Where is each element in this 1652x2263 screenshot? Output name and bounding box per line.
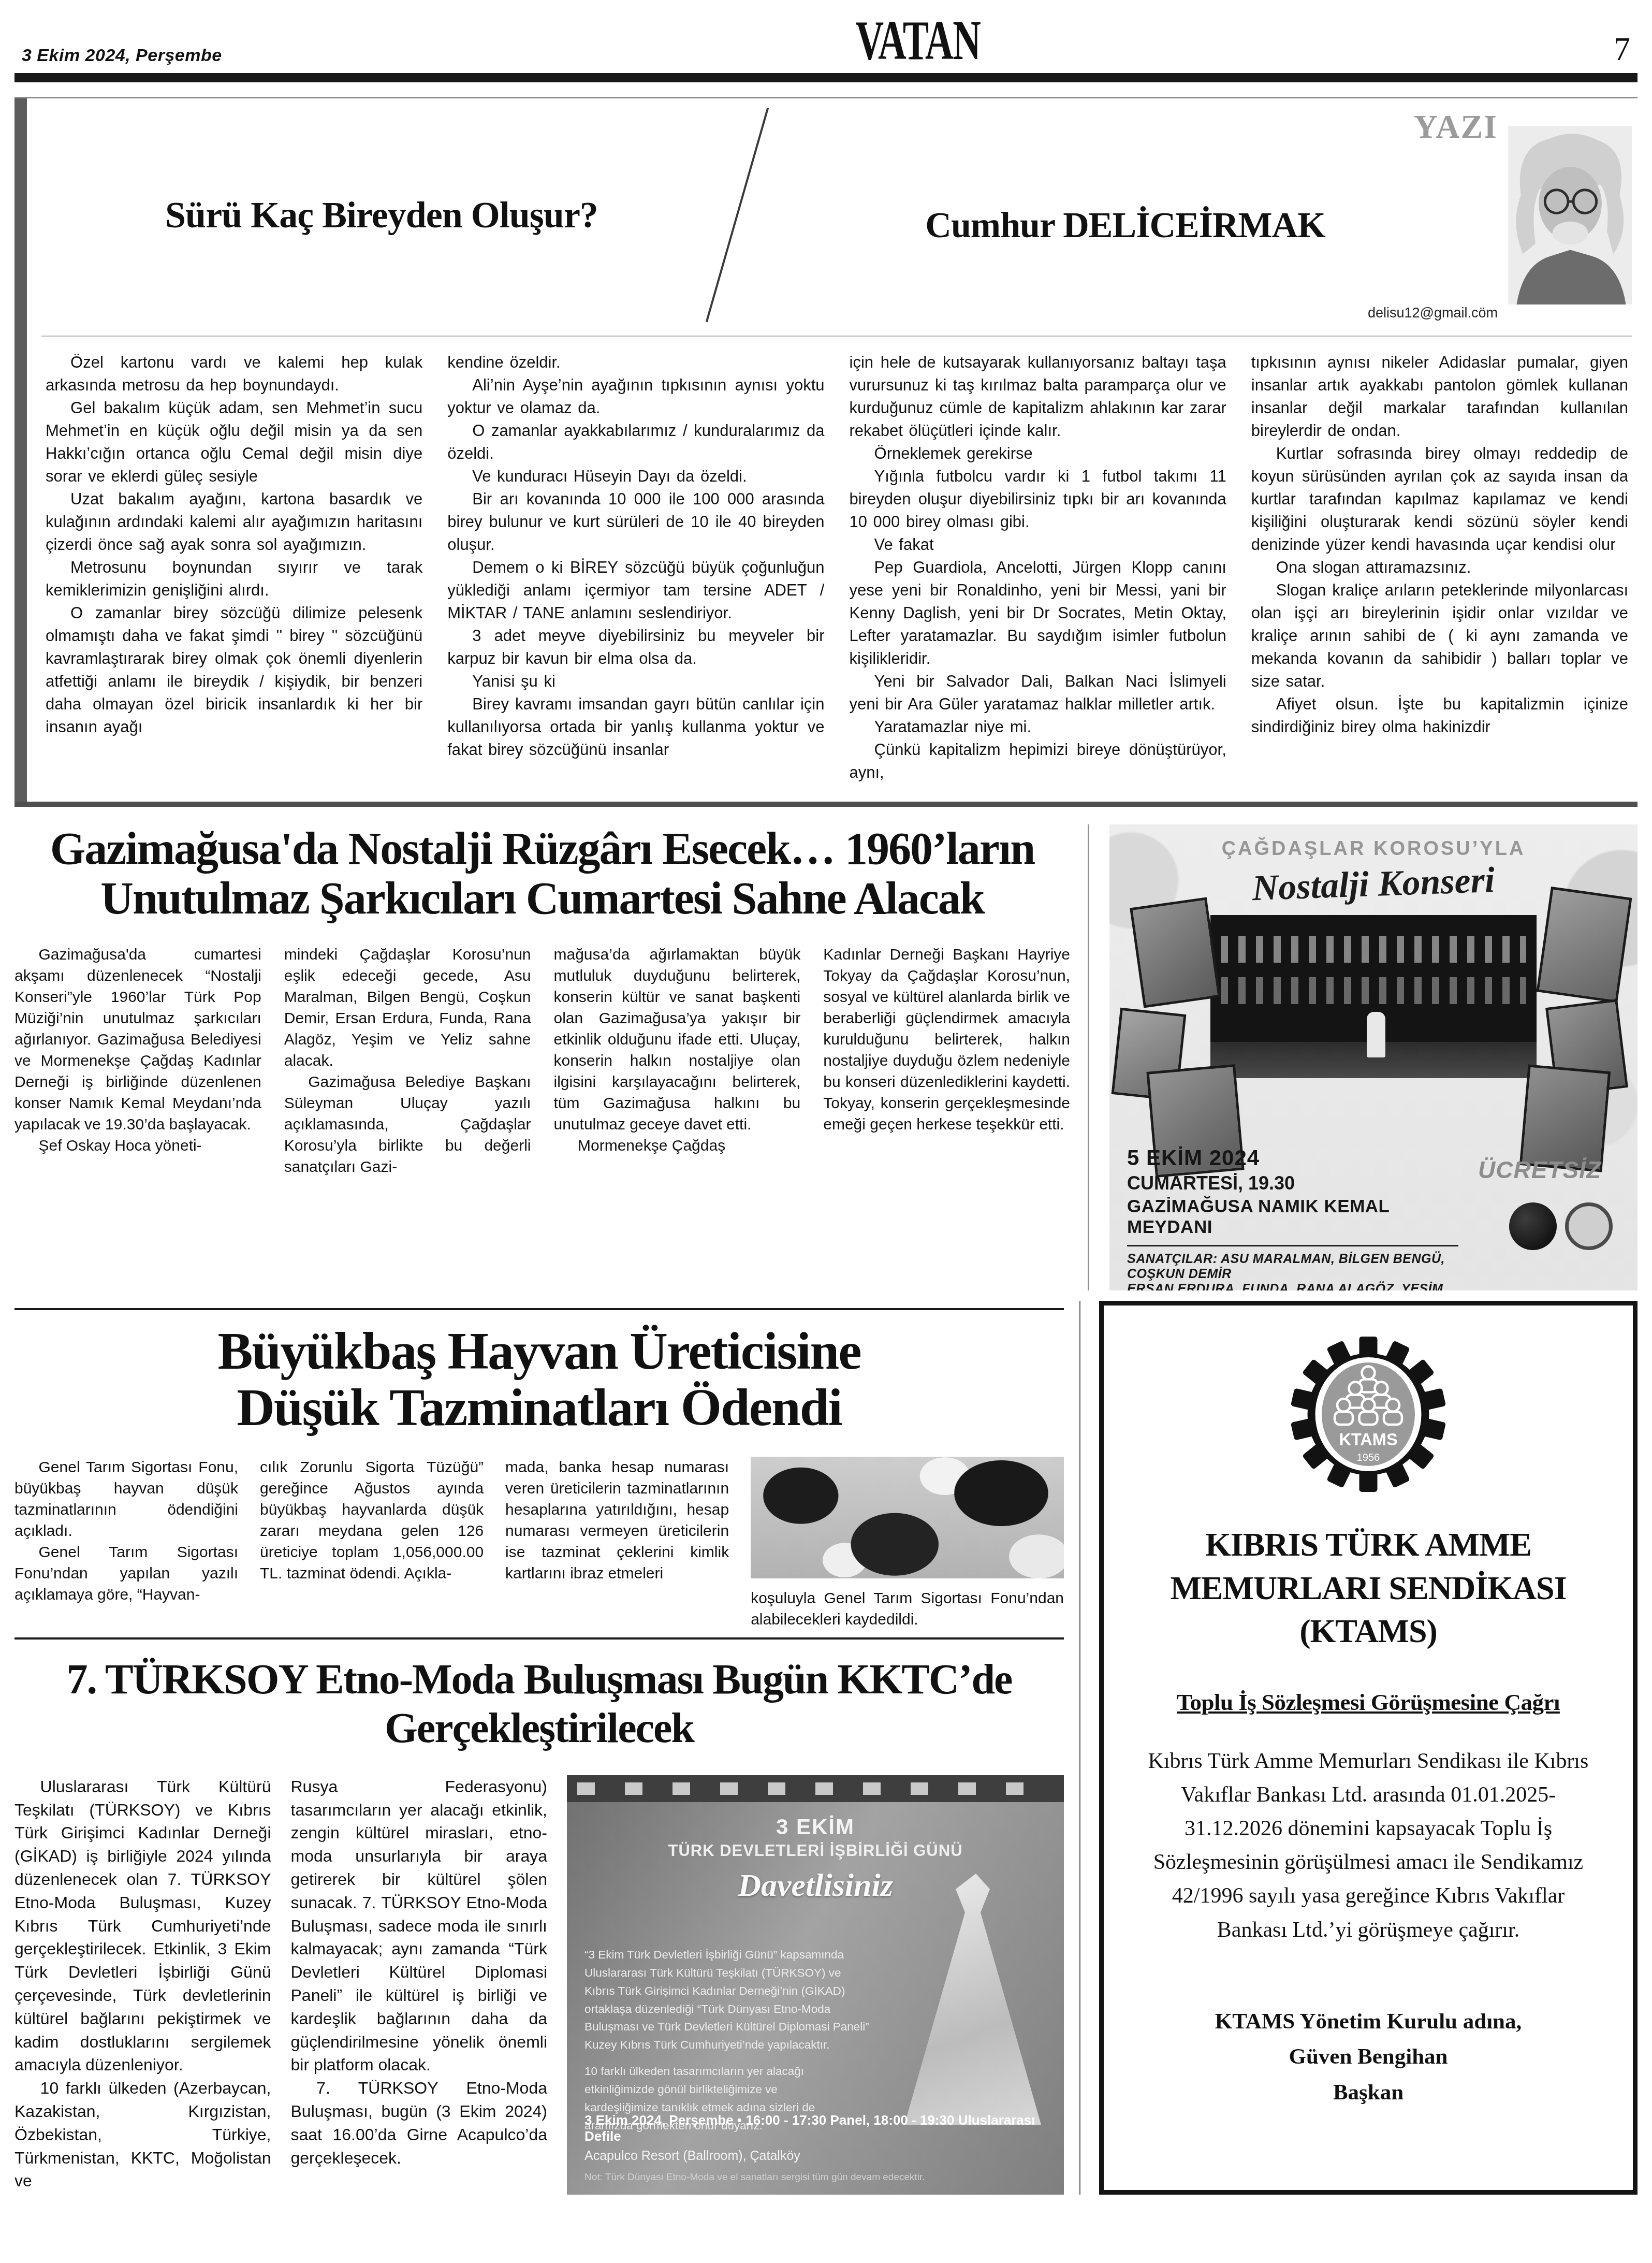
paragraph: Ve kunduracı Hüseyin Dayı da özeldi. — [447, 465, 824, 488]
paragraph: Genel Tarım Sigortası Fonu, büyükbaş hay… — [14, 1457, 238, 1542]
section-rule — [14, 1637, 1064, 1640]
article4-body: Uluslararası Türk Kültürü Teşkilatı (TÜR… — [14, 1775, 1064, 2195]
article3-body: Genel Tarım Sigortası Fonu, büyükbaş hay… — [14, 1457, 1064, 1630]
artists-line1: SANATÇILAR: ASU MARALMAN, BİLGEN BENGÜ, … — [1127, 1252, 1458, 1282]
ktams-signature-line1: KTAMS Yönetim Kurulu adına, — [1215, 2004, 1522, 2040]
article3-headline-line2: Düşük Tazminatları Ödendi — [14, 1380, 1064, 1436]
paragraph: Bir arı kovanında 10 000 ile 100 000 ara… — [447, 488, 824, 556]
article1-header: Sürü Kaç Bireyden Oluşur? YAZI Cumhur DE… — [41, 98, 1632, 337]
ktams-announcement-body: Kıbrıs Türk Amme Memurları Sendikası ile… — [1135, 1745, 1601, 1947]
article3-headline: Büyükbaş Hayvan Üreticisine Düşük Tazmin… — [14, 1324, 1064, 1435]
paragraph: Yanisi şu ki — [447, 670, 824, 693]
paragraph: Birey kavramı imsandan gayrı bütün canlı… — [447, 693, 824, 761]
article2-column-2: mindeki Çağdaşlar Korosu’nun eşlik edece… — [284, 944, 531, 1178]
paragraph: O zamanlar birey sözcüğü dilimize pelese… — [46, 602, 422, 738]
header-rule — [14, 73, 1638, 82]
bottom-left: Büyükbaş Hayvan Üreticisine Düşük Tazmin… — [14, 1301, 1080, 2194]
paragraph: Uzat bakalım ayağını, kartona basardık v… — [46, 488, 422, 556]
poster-invitation-script: Davetlisiniz — [567, 1867, 1064, 1904]
article4-column-1: Uluslararası Türk Kültürü Teşkilatı (TÜR… — [14, 1775, 271, 2195]
article1-author-block: YAZI Cumhur DELİCEİRMAK delisu12@gmail.c… — [753, 104, 1498, 326]
poster-note: Not: Türk Dünyası Etno-Moda ve el sanatl… — [584, 2172, 1048, 2183]
ktams-org-line2: MEMURLARI SENDİKASI — [1170, 1566, 1566, 1609]
gazimagusa-belediyesi-logo — [1565, 1202, 1613, 1250]
mormenekse-dernegi-logo — [1509, 1202, 1557, 1250]
article1-column-4: tıpkısının aynısı nikeler Adidaslar puma… — [1251, 351, 1628, 784]
cattle-photo — [751, 1457, 1064, 1578]
paragraph: Ona slogan attıramazsınız. — [1251, 556, 1628, 579]
paragraph: Afiyet olsun. İşte bu kapitalizmin içini… — [1251, 693, 1628, 738]
article1-title: Sürü Kaç Bireyden Oluşur? — [41, 194, 722, 237]
article2-column-4: Kadınlar Derneği Başkanı Hayriye Tokyay … — [823, 944, 1070, 1178]
paragraph: Gel bakalım küçük adam, sen Mehmet’in su… — [46, 397, 422, 488]
organizer-logos — [1509, 1202, 1613, 1250]
column-kicker: YAZI — [1414, 108, 1498, 146]
paragraph: Özel kartonu vardı ve kalemi hep kulak a… — [46, 351, 422, 397]
ktams-signature-line2: Güven Bengihan — [1215, 2039, 1522, 2075]
paragraph: kendine özeldir. — [447, 351, 824, 374]
article2-headline: Gazimağusa'da Nostalji Rüzgârı Esecek… 1… — [14, 824, 1070, 923]
article3-column-4-text: koşuluyla Genel Tarım Sigortası Fonu’nda… — [751, 1588, 1064, 1630]
paragraph: Rusya Federasyonu) tasarımcıların yer al… — [291, 1775, 548, 2077]
conductor-figure — [1367, 1012, 1385, 1057]
paragraph: koşuluyla Genel Tarım Sigortası Fonu’nda… — [751, 1588, 1064, 1630]
paragraph: 7. TÜRKSOY Etno-Moda Buluşması, bugün (3… — [291, 2077, 548, 2169]
article4-headline: 7. TÜRKSOY Etno-Moda Buluşması Bugün KKT… — [14, 1655, 1064, 1752]
article2-headline-line1: Gazimağusa'da Nostalji Rüzgârı Esecek… 1… — [14, 824, 1070, 874]
concert-venue: GAZİMAĞUSA NAMIK KEMAL MEYDANI — [1127, 1196, 1458, 1238]
concert-date: 5 EKİM 2024 — [1127, 1145, 1458, 1170]
section-rule — [14, 1308, 1064, 1310]
free-admission-label: ÜCRETSİZ — [1478, 1156, 1601, 1184]
article-suru-kac-bireyden: Sürü Kaç Bireyden Oluşur? YAZI Cumhur DE… — [14, 97, 1638, 807]
article3-headline-line1: Büyükbaş Hayvan Üreticisine — [14, 1324, 1064, 1380]
ktams-announcement-title: Toplu İş Sözleşmesi Görüşmesine Çağrı — [1177, 1689, 1560, 1716]
paragraph: Çünkü kapitalizm hepimizi bireye dönüştü… — [850, 738, 1226, 784]
masthead: VATAN — [855, 16, 980, 66]
article1-column-3: için hele de kutsayarak kullanıyorsanız … — [850, 351, 1226, 784]
paragraph: Ve fakat — [850, 533, 1226, 556]
paragraph: cılık Zorunlu Sigorta Tüzüğü” gereğince … — [260, 1457, 484, 1585]
ktams-gear-logo: KTAMS 1956 — [1291, 1337, 1446, 1492]
article3-column-1: Genel Tarım Sigortası Fonu, büyükbaş hay… — [14, 1457, 238, 1630]
poster-date-line: 3 EKİM — [567, 1815, 1064, 1839]
paragraph: Genel Tarım Sigortası Fonu’ndan yapılan … — [14, 1542, 238, 1605]
page-header: 3 Ekim 2024, Perşembe VATAN 7 — [14, 0, 1638, 70]
newspaper-page: 3 Ekim 2024, Perşembe VATAN 7 Sürü Kaç B… — [0, 0, 1652, 2226]
artists-list: SANATÇILAR: ASU MARALMAN, BİLGEN BENGÜ, … — [1127, 1245, 1458, 1290]
ktams-signature: KTAMS Yönetim Kurulu adına, Güven Bengih… — [1215, 2004, 1522, 2111]
ktams-org-line1: KIBRIS TÜRK AMME — [1170, 1523, 1566, 1566]
paragraph: mağusa’da ağırlamaktan büyük mutluluk du… — [554, 944, 801, 1136]
poster-venue: Acapulco Resort (Ballroom), Çatalköy — [584, 2149, 1048, 2164]
article1-column-1: Özel kartonu vardı ve kalemi hep kulak a… — [46, 351, 422, 784]
paragraph: Uluslararası Türk Kültürü Teşkilatı (TÜR… — [14, 1775, 271, 2077]
svg-text:1956: 1956 — [1357, 1452, 1380, 1463]
paragraph: Mormenekşe Çağdaş — [554, 1135, 801, 1156]
poster-schedule: 3 Ekim 2024, Perşembe • 16:00 - 17:30 Pa… — [584, 2112, 1048, 2144]
paragraph: için hele de kutsayarak kullanıyorsanız … — [850, 351, 1226, 442]
ktams-announcement-box: KTAMS 1956 KIBRIS TÜRK AMME MEMURLARI SE… — [1099, 1301, 1638, 2194]
paragraph: 3 adet meyve diyebilirsiniz bu meyveler … — [447, 625, 824, 670]
article3-column-4: koşuluyla Genel Tarım Sigortası Fonu’nda… — [751, 1457, 1064, 1630]
singer-photo — [1130, 897, 1221, 1008]
bottom-section: Büyükbaş Hayvan Üreticisine Düşük Tazmin… — [14, 1301, 1638, 2194]
paragraph: Yeni bir Salvador Dali, Balkan Naci İsli… — [850, 670, 1226, 716]
ktams-organization-name: KIBRIS TÜRK AMME MEMURLARI SENDİKASI (KT… — [1170, 1523, 1566, 1652]
article4-column-2: Rusya Federasyonu) tasarımcıların yer al… — [291, 1775, 548, 2195]
paragraph: Örneklemek gerekirse — [850, 442, 1226, 465]
article1-body: Özel kartonu vardı ve kalemi hep kulak a… — [41, 337, 1632, 784]
paragraph: Slogan kraliçe arıların peteklerinde mil… — [1251, 579, 1628, 693]
poster-footer: 3 Ekim 2024, Perşembe • 16:00 - 17:30 Pa… — [584, 2112, 1048, 2183]
paragraph: 10 farklı ülkeden (Azerbaycan, Kazakista… — [14, 2077, 271, 2193]
article1-column-2: kendine özeldir.Ali’nin Ayşe’nin ayağını… — [447, 351, 824, 784]
dress-illustration — [895, 1874, 1050, 2133]
paragraph: mindeki Çağdaşlar Korosu’nun eşlik edece… — [284, 944, 531, 1072]
partner-logos-strip — [567, 1775, 1064, 1802]
singer-photo — [1537, 887, 1632, 1003]
paragraph: Ali’nin Ayşe’nin ayağının tıpkısının ayn… — [447, 374, 824, 419]
article2-column-3: mağusa’da ağırlamaktan büyük mutluluk du… — [554, 944, 801, 1178]
concert-poster: ÇAĞDAŞLAR KOROSU’YLA Nostalji Konseri 5 … — [1109, 824, 1638, 1290]
poster-info-block: 5 EKİM 2024 CUMARTESİ, 19.30 GAZİMAĞUSA … — [1127, 1145, 1458, 1290]
paragraph: mada, banka hesap numarası veren üretici… — [505, 1457, 729, 1585]
choir-row — [1221, 936, 1526, 963]
ktams-org-line3: (KTAMS) — [1170, 1609, 1566, 1652]
paragraph: Metrosunu boynundan sıyırır ve tarak kem… — [46, 556, 422, 602]
poster-body-paragraph-1: “3 Ekim Türk Devletleri İşbirliği Günü” … — [584, 1946, 874, 2054]
author-portrait-photo — [1508, 126, 1632, 304]
page-number: 7 — [1614, 33, 1630, 66]
article-left-bar — [14, 98, 27, 802]
article2-left: Gazimağusa'da Nostalji Rüzgârı Esecek… 1… — [14, 824, 1089, 1290]
paragraph: Demem o ki BİREY sözcüğü büyük çoğunluğu… — [447, 556, 824, 625]
poster-event-line: TÜRK DEVLETLERİ İŞBİRLİĞİ GÜNÜ — [567, 1841, 1064, 1860]
paragraph: Gazimağusa Belediye Başkanı Süleyman Ulu… — [284, 1071, 531, 1178]
article3-column-3: mada, banka hesap numarası veren üretici… — [505, 1457, 729, 1630]
turksoy-event-poster: 3 EKİM TÜRK DEVLETLERİ İŞBİRLİĞİ GÜNÜ Da… — [567, 1775, 1064, 2195]
author-email: delisu12@gmail.cöm — [1368, 305, 1498, 326]
choir-row — [1221, 977, 1526, 1004]
artists-line2: ERSAN ERDURA, FUNDA, RANA ALAGÖZ, YEŞİM,… — [1127, 1282, 1458, 1290]
paragraph: Şef Oskay Hoca yöneti- — [14, 1135, 261, 1156]
paragraph: Yaratamazlar niye mi. — [850, 716, 1226, 738]
issue-date: 3 Ekim 2024, Perşembe — [22, 46, 222, 66]
choir-stage-photo — [1210, 915, 1537, 1078]
author-name: Cumhur DELİCEİRMAK — [753, 205, 1498, 246]
paragraph: Yığınla futbolcu vardır ki 1 futbol takı… — [850, 465, 1226, 533]
paragraph: tıpkısının aynısı nikeler Adidaslar puma… — [1251, 351, 1628, 442]
paragraph: Gazimağusa'da cumartesi akşamı düzenlene… — [14, 944, 261, 1136]
article2-headline-line2: Unutulmaz Şarkıcıları Cumartesi Sahne Al… — [14, 874, 1070, 923]
article3-column-2: cılık Zorunlu Sigorta Tüzüğü” gereğince … — [260, 1457, 484, 1630]
paragraph: Kurtlar sofrasında birey olmayı reddedip… — [1251, 442, 1628, 556]
article-nostalji-konseri: Gazimağusa'da Nostalji Rüzgârı Esecek… 1… — [14, 824, 1638, 1290]
svg-text:KTAMS: KTAMS — [1339, 1430, 1397, 1449]
concert-day-time: CUMARTESİ, 19.30 — [1127, 1172, 1458, 1194]
article2-column-1: Gazimağusa'da cumartesi akşamı düzenlene… — [14, 944, 261, 1178]
paragraph: Kadınlar Derneği Başkanı Hayriye Tokyay … — [823, 944, 1070, 1136]
ktams-signature-line3: Başkan — [1215, 2075, 1522, 2111]
paragraph: O zamanlar ayakkabılarımız / kunduraları… — [447, 419, 824, 465]
paragraph: Pep Guardiola, Ancelotti, Jürgen Klopp c… — [850, 556, 1226, 670]
article2-body: Gazimağusa'da cumartesi akşamı düzenlene… — [14, 944, 1070, 1178]
